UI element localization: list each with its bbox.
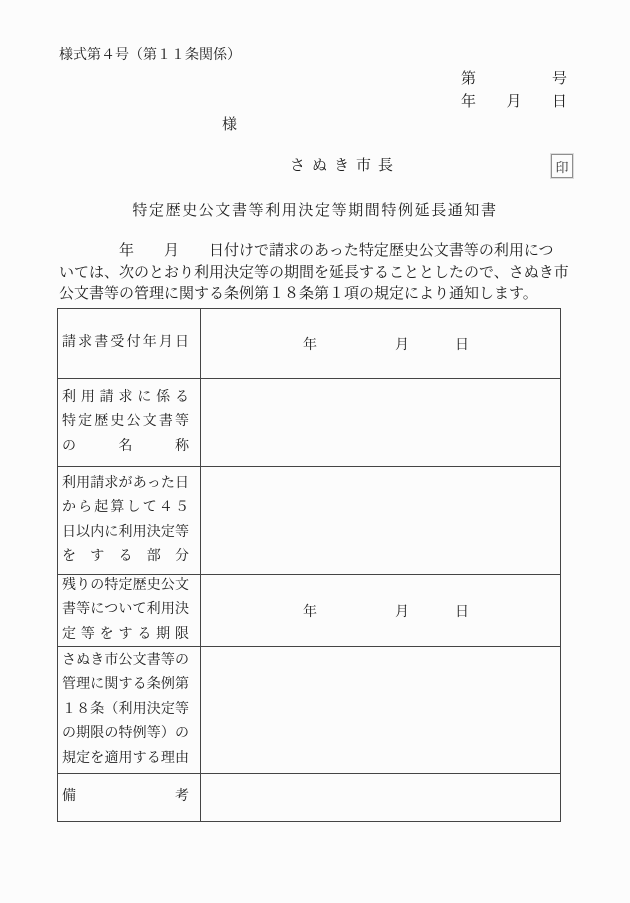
table-row-document-name: 利用請求に係る 特定歴史公文書等 の名称 [58, 378, 560, 466]
row-value-document-name [201, 379, 560, 466]
date-placeholder-day: 日 [455, 334, 469, 354]
row-label: 利用請求に係る 特定歴史公文書等 の名称 [58, 379, 201, 466]
row-value-remaining-deadline: 年 月 日 [201, 575, 560, 646]
recipient-honorific: 様 [222, 113, 237, 134]
sender-title: さぬき市長 [290, 154, 400, 175]
issue-date-month: 月 [506, 91, 521, 114]
seal-mark: 印 [551, 154, 573, 178]
row-label: 残りの特定歴史公文 書等について利用決 定等をする期限 [58, 575, 201, 646]
table-row-remaining-deadline: 残りの特定歴史公文 書等について利用決 定等をする期限 年 月 日 [58, 574, 560, 646]
table-row-request-received-date: 請求書受付年月日 年 月 日 [58, 309, 560, 378]
body-paragraph: 年 月 日付けで請求のあった特定歴史公文書等の利用につ いては、次のとおり利用決… [59, 241, 579, 306]
date-placeholder-day: 日 [455, 601, 469, 621]
row-label: 請求書受付年月日 [58, 309, 201, 378]
doc-number-line: 第 号 [461, 68, 567, 91]
table-row-reason-article-18: さぬき市公文書等の 管理に関する条例第 １８条（利用決定等 の期限の特例等）の … [58, 646, 560, 773]
issue-date-line: 年 月 日 [461, 91, 567, 114]
body-line: いては、次のとおり利用決定等の期間を延長することとしたので、さぬき市 [59, 263, 579, 285]
issue-date-day: 日 [552, 91, 567, 114]
notice-table: 請求書受付年月日 年 月 日 利用請求に係る 特定歴史公文書等 の名称 利用請求… [57, 308, 561, 822]
doc-number-suffix: 号 [552, 68, 567, 91]
header-number-date-block: 第 号 年 月 日 [461, 68, 567, 114]
body-line: 公文書等の管理に関する条例第１８条第１項の規定により通知します。 [59, 284, 579, 306]
doc-number-prefix: 第 [461, 68, 476, 91]
row-value-reason [201, 647, 560, 773]
table-row-part-decided-within-45-days: 利用請求があった日 から起算して４５ 日以内に利用決定等 をする部分 [58, 466, 560, 574]
seal-character: 印 [555, 157, 568, 176]
row-value-request-received-date: 年 月 日 [201, 309, 560, 378]
date-placeholder-month: 月 [395, 601, 409, 621]
row-label: 備考 [58, 774, 201, 821]
body-line: 年 月 日付けで請求のあった特定歴史公文書等の利用につ [59, 241, 579, 263]
row-value-part-decided [201, 467, 560, 574]
document-title: 特定歴史公文書等利用決定等期間特例延長通知書 [0, 199, 630, 220]
date-placeholder-month: 月 [395, 334, 409, 354]
table-row-remarks: 備考 [58, 773, 560, 821]
date-placeholder-year: 年 [303, 601, 317, 621]
issue-date-year: 年 [461, 91, 476, 114]
row-value-remarks [201, 774, 560, 821]
row-label: さぬき市公文書等の 管理に関する条例第 １８条（利用決定等 の期限の特例等）の … [58, 647, 201, 773]
row-label: 利用請求があった日 から起算して４５ 日以内に利用決定等 をする部分 [58, 467, 201, 574]
form-number: 様式第４号（第１１条関係） [59, 44, 241, 64]
date-placeholder-year: 年 [303, 334, 317, 354]
